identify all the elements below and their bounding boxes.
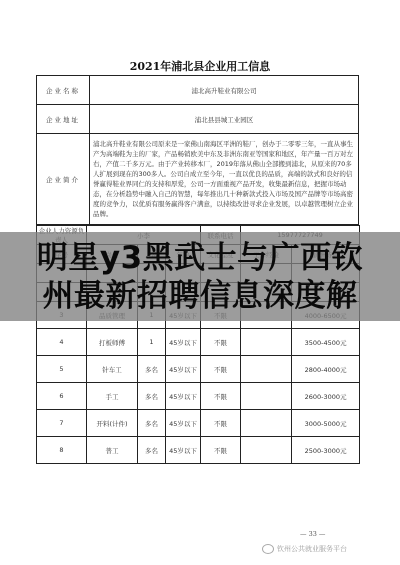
- job-position: 手工: [87, 383, 138, 410]
- job-age: 45岁以下: [166, 356, 201, 383]
- watermark: 钦州公共就业服务平台: [262, 544, 347, 554]
- job-age: 45岁以下: [166, 437, 201, 464]
- job-no: 8: [37, 437, 87, 464]
- headline-line-1: 明星y3黑武士与广西钦: [37, 239, 363, 277]
- company-name-value: 浦北高升鞋业有限公司: [90, 76, 359, 105]
- headline-line-2: 州最新招聘信息深度解: [43, 277, 358, 315]
- page-number: — 33 —: [300, 530, 325, 538]
- company-info-table: 企业名称 浦北高升鞋业有限公司 企业地址 浦北县县城工业园区 企业简介 浦北高升…: [36, 75, 359, 225]
- job-no: 5: [37, 356, 87, 383]
- table-row: 4 打板师傅 1 45岁以下 不限 3500-4500元: [37, 329, 360, 356]
- job-count: 多名: [138, 410, 166, 437]
- company-intro-label: 企业简介: [37, 134, 90, 225]
- job-experience: [241, 329, 292, 356]
- table-row: 5 针车工 多名 45岁以下 不限 2800-4000元: [37, 356, 360, 383]
- job-salary: 3000-5000元: [292, 410, 360, 437]
- job-education: 不限: [201, 410, 241, 437]
- document-title: 2021年浦北县企业用工信息: [0, 58, 400, 74]
- job-no: 6: [37, 383, 87, 410]
- job-count: 1: [138, 329, 166, 356]
- company-address-label: 企业地址: [37, 105, 90, 134]
- company-address-value: 浦北县县城工业园区: [90, 105, 359, 134]
- job-experience: [241, 383, 292, 410]
- job-no: 7: [37, 410, 87, 437]
- job-education: 不限: [201, 383, 241, 410]
- job-experience: [241, 410, 292, 437]
- table-row: 6 手工 多名 45岁以下 不限 2600-3000元: [37, 383, 360, 410]
- job-experience: [241, 437, 292, 464]
- job-age: 45岁以下: [166, 383, 201, 410]
- job-education: 不限: [201, 329, 241, 356]
- job-education: 不限: [201, 437, 241, 464]
- job-position: 普工: [87, 437, 138, 464]
- wechat-icon: [262, 544, 274, 554]
- job-no: 4: [37, 329, 87, 356]
- table-row: 8 普工 多名 45岁以下 不限 2500-3000元: [37, 437, 360, 464]
- job-salary: 2500-3000元: [292, 437, 360, 464]
- job-position: 开料(计件): [87, 410, 138, 437]
- job-count: 多名: [138, 383, 166, 410]
- job-position: 打板师傅: [87, 329, 138, 356]
- job-age: 45岁以下: [166, 410, 201, 437]
- job-salary: 2800-4000元: [292, 356, 360, 383]
- company-intro-value: 浦北高升鞋业有限公司原来是一家佛山南海区平洲的鞋厂，创办于二零零三年，一直从事生…: [90, 134, 359, 225]
- job-salary: 2600-3000元: [292, 383, 360, 410]
- job-education: 不限: [201, 356, 241, 383]
- table-row: 7 开料(计件) 多名 45岁以下 不限 3000-5000元: [37, 410, 360, 437]
- watermark-text: 钦州公共就业服务平台: [277, 544, 347, 554]
- job-count: 多名: [138, 437, 166, 464]
- company-name-label: 企业名称: [37, 76, 90, 105]
- job-age: 45岁以下: [166, 329, 201, 356]
- job-count: 多名: [138, 356, 166, 383]
- job-position: 针车工: [87, 356, 138, 383]
- headline-banner: 明星y3黑武士与广西钦 州最新招聘信息深度解: [0, 232, 400, 321]
- job-experience: [241, 356, 292, 383]
- job-salary: 3500-4500元: [292, 329, 360, 356]
